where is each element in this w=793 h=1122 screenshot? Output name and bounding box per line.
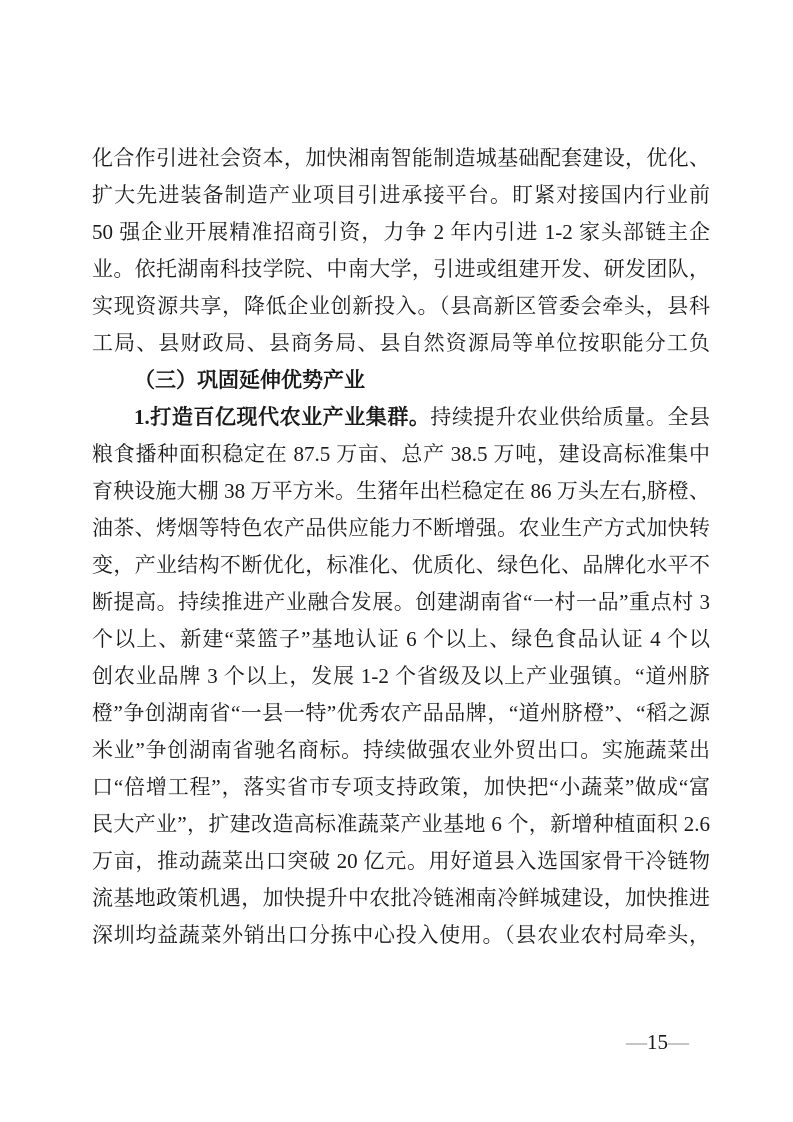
text-segment: 化合作引进社会资本，加快湘南智能制造城基础配套建设，优化、 <box>92 146 710 170</box>
text-segment: 流基地政策机遇，加快提升中农批冷链湘南冷鲜城建设，加快推进 <box>92 886 710 910</box>
page-number-value: 15 <box>647 1030 668 1054</box>
text-line: 业。依托湖南科技学院、中南大学，引进或组建开发、研发团队， <box>92 251 710 288</box>
text-line: 橙”争创湖南省“一县一特”优秀农产品品牌，“道州脐橙”、“稻之源 <box>92 695 710 732</box>
text-segment: 创农业品牌 3 个以上，发展 1-2 个省级及以上产业强镇。“道州脐 <box>92 664 710 688</box>
text-segment: 民大产业”，扩建改造高标准蔬菜产业基地 6 个，新增种植面积 2.6 <box>92 812 710 836</box>
bold-text-segment: （三）巩固延伸优势产业 <box>134 368 365 392</box>
text-line: 深圳均益蔬菜外销出口分拣中心投入使用。（县农业农村局牵头， <box>92 917 710 954</box>
text-segment: 变，产业结构不断优化，标准化、优质化、绿色化、品牌化水平不 <box>92 553 710 577</box>
text-line: 个以上、新建“菜篮子”基地认证 6 个以上、绿色食品认证 4 个以上， <box>92 621 710 658</box>
text-segment: 橙”争创湖南省“一县一特”优秀农产品品牌，“道州脐橙”、“稻之源 <box>92 701 710 725</box>
text-line: 流基地政策机遇，加快提升中农批冷链湘南冷鲜城建设，加快推进 <box>92 880 710 917</box>
bold-text-segment: 1.打造百亿现代农业产业集群。 <box>134 405 430 429</box>
document-body: 化合作引进社会资本，加快湘南智能制造城基础配套建设，优化、扩大先进装备制造产业项… <box>92 140 710 954</box>
text-segment: 口“倍增工程”，落实省市专项支持政策，加快把“小蔬菜”做成“富 <box>92 775 710 799</box>
text-segment: 持续提升农业供给质量。全县 <box>430 405 710 429</box>
text-segment: 50 强企业开展精准招商引资，力争 2 年内引进 1-2 家头部链主企 <box>92 220 710 244</box>
page-number: —15— <box>626 1030 689 1054</box>
text-segment: 育秧设施大棚 38 万平方米。生猪年出栏稳定在 86 万头左右,脐橙、 <box>92 479 710 503</box>
text-line: 断提高。持续推进产业融合发展。创建湖南省“一村一品”重点村 3 <box>92 584 710 621</box>
text-segment: 油茶、烤烟等特色农产品供应能力不断增强。农业生产方式加快转 <box>92 516 710 540</box>
text-segment: 粮食播种面积稳定在 87.5 万亩、总产 38.5 万吨，建设高标准集中 <box>92 442 710 466</box>
text-line: 实现资源共享，降低企业创新投入。（县高新区管委会牵头，县科 <box>92 288 710 325</box>
text-line: 50 强企业开展精准招商引资，力争 2 年内引进 1-2 家头部链主企 <box>92 214 710 251</box>
text-line: 油茶、烤烟等特色农产品供应能力不断增强。农业生产方式加快转 <box>92 510 710 547</box>
text-segment: 深圳均益蔬菜外销出口分拣中心投入使用。（县农业农村局牵头， <box>92 923 710 947</box>
text-segment: 业。依托湖南科技学院、中南大学，引进或组建开发、研发团队， <box>92 257 710 281</box>
text-segment: 工局、县财政局、县商务局、县自然资源局等单位按职能分工负责） <box>92 331 710 362</box>
text-line: 粮食播种面积稳定在 87.5 万亩、总产 38.5 万吨，建设高标准集中 <box>92 436 710 473</box>
text-line: 变，产业结构不断优化，标准化、优质化、绿色化、品牌化水平不 <box>92 547 710 584</box>
text-segment: 扩大先进装备制造产业项目引进承接平台。盯紧对接国内行业前 <box>92 183 710 207</box>
text-line: 工局、县财政局、县商务局、县自然资源局等单位按职能分工负责） <box>92 325 710 362</box>
text-segment: 实现资源共享，降低企业创新投入。（县高新区管委会牵头，县科 <box>92 294 710 318</box>
document-page: 化合作引进社会资本，加快湘南智能制造城基础配套建设，优化、扩大先进装备制造产业项… <box>0 0 793 1122</box>
text-line: 化合作引进社会资本，加快湘南智能制造城基础配套建设，优化、 <box>92 140 710 177</box>
text-line: 米业”争创湖南省驰名商标。持续做强农业外贸出口。实施蔬菜出 <box>92 732 710 769</box>
text-line: 创农业品牌 3 个以上，发展 1-2 个省级及以上产业强镇。“道州脐 <box>92 658 710 695</box>
text-line: 扩大先进装备制造产业项目引进承接平台。盯紧对接国内行业前 <box>92 177 710 214</box>
text-line: 万亩，推动蔬菜出口突破 20 亿元。用好道县入选国家骨干冷链物 <box>92 843 710 880</box>
text-line: 口“倍增工程”，落实省市专项支持政策，加快把“小蔬菜”做成“富 <box>92 769 710 806</box>
text-segment: 断提高。持续推进产业融合发展。创建湖南省“一村一品”重点村 3 <box>92 590 710 614</box>
text-line: 育秧设施大棚 38 万平方米。生猪年出栏稳定在 86 万头左右,脐橙、 <box>92 473 710 510</box>
text-line: （三）巩固延伸优势产业 <box>92 362 710 399</box>
page-number-right-dash: — <box>668 1030 689 1054</box>
text-segment: 个以上、新建“菜篮子”基地认证 6 个以上、绿色食品认证 4 个以上， <box>92 627 710 658</box>
text-line: 1.打造百亿现代农业产业集群。持续提升农业供给质量。全县 <box>92 399 710 436</box>
page-number-left-dash: — <box>626 1030 647 1054</box>
text-segment: 万亩，推动蔬菜出口突破 20 亿元。用好道县入选国家骨干冷链物 <box>92 849 710 873</box>
text-line: 民大产业”，扩建改造高标准蔬菜产业基地 6 个，新增种植面积 2.6 <box>92 806 710 843</box>
text-segment: 米业”争创湖南省驰名商标。持续做强农业外贸出口。实施蔬菜出 <box>92 738 710 762</box>
